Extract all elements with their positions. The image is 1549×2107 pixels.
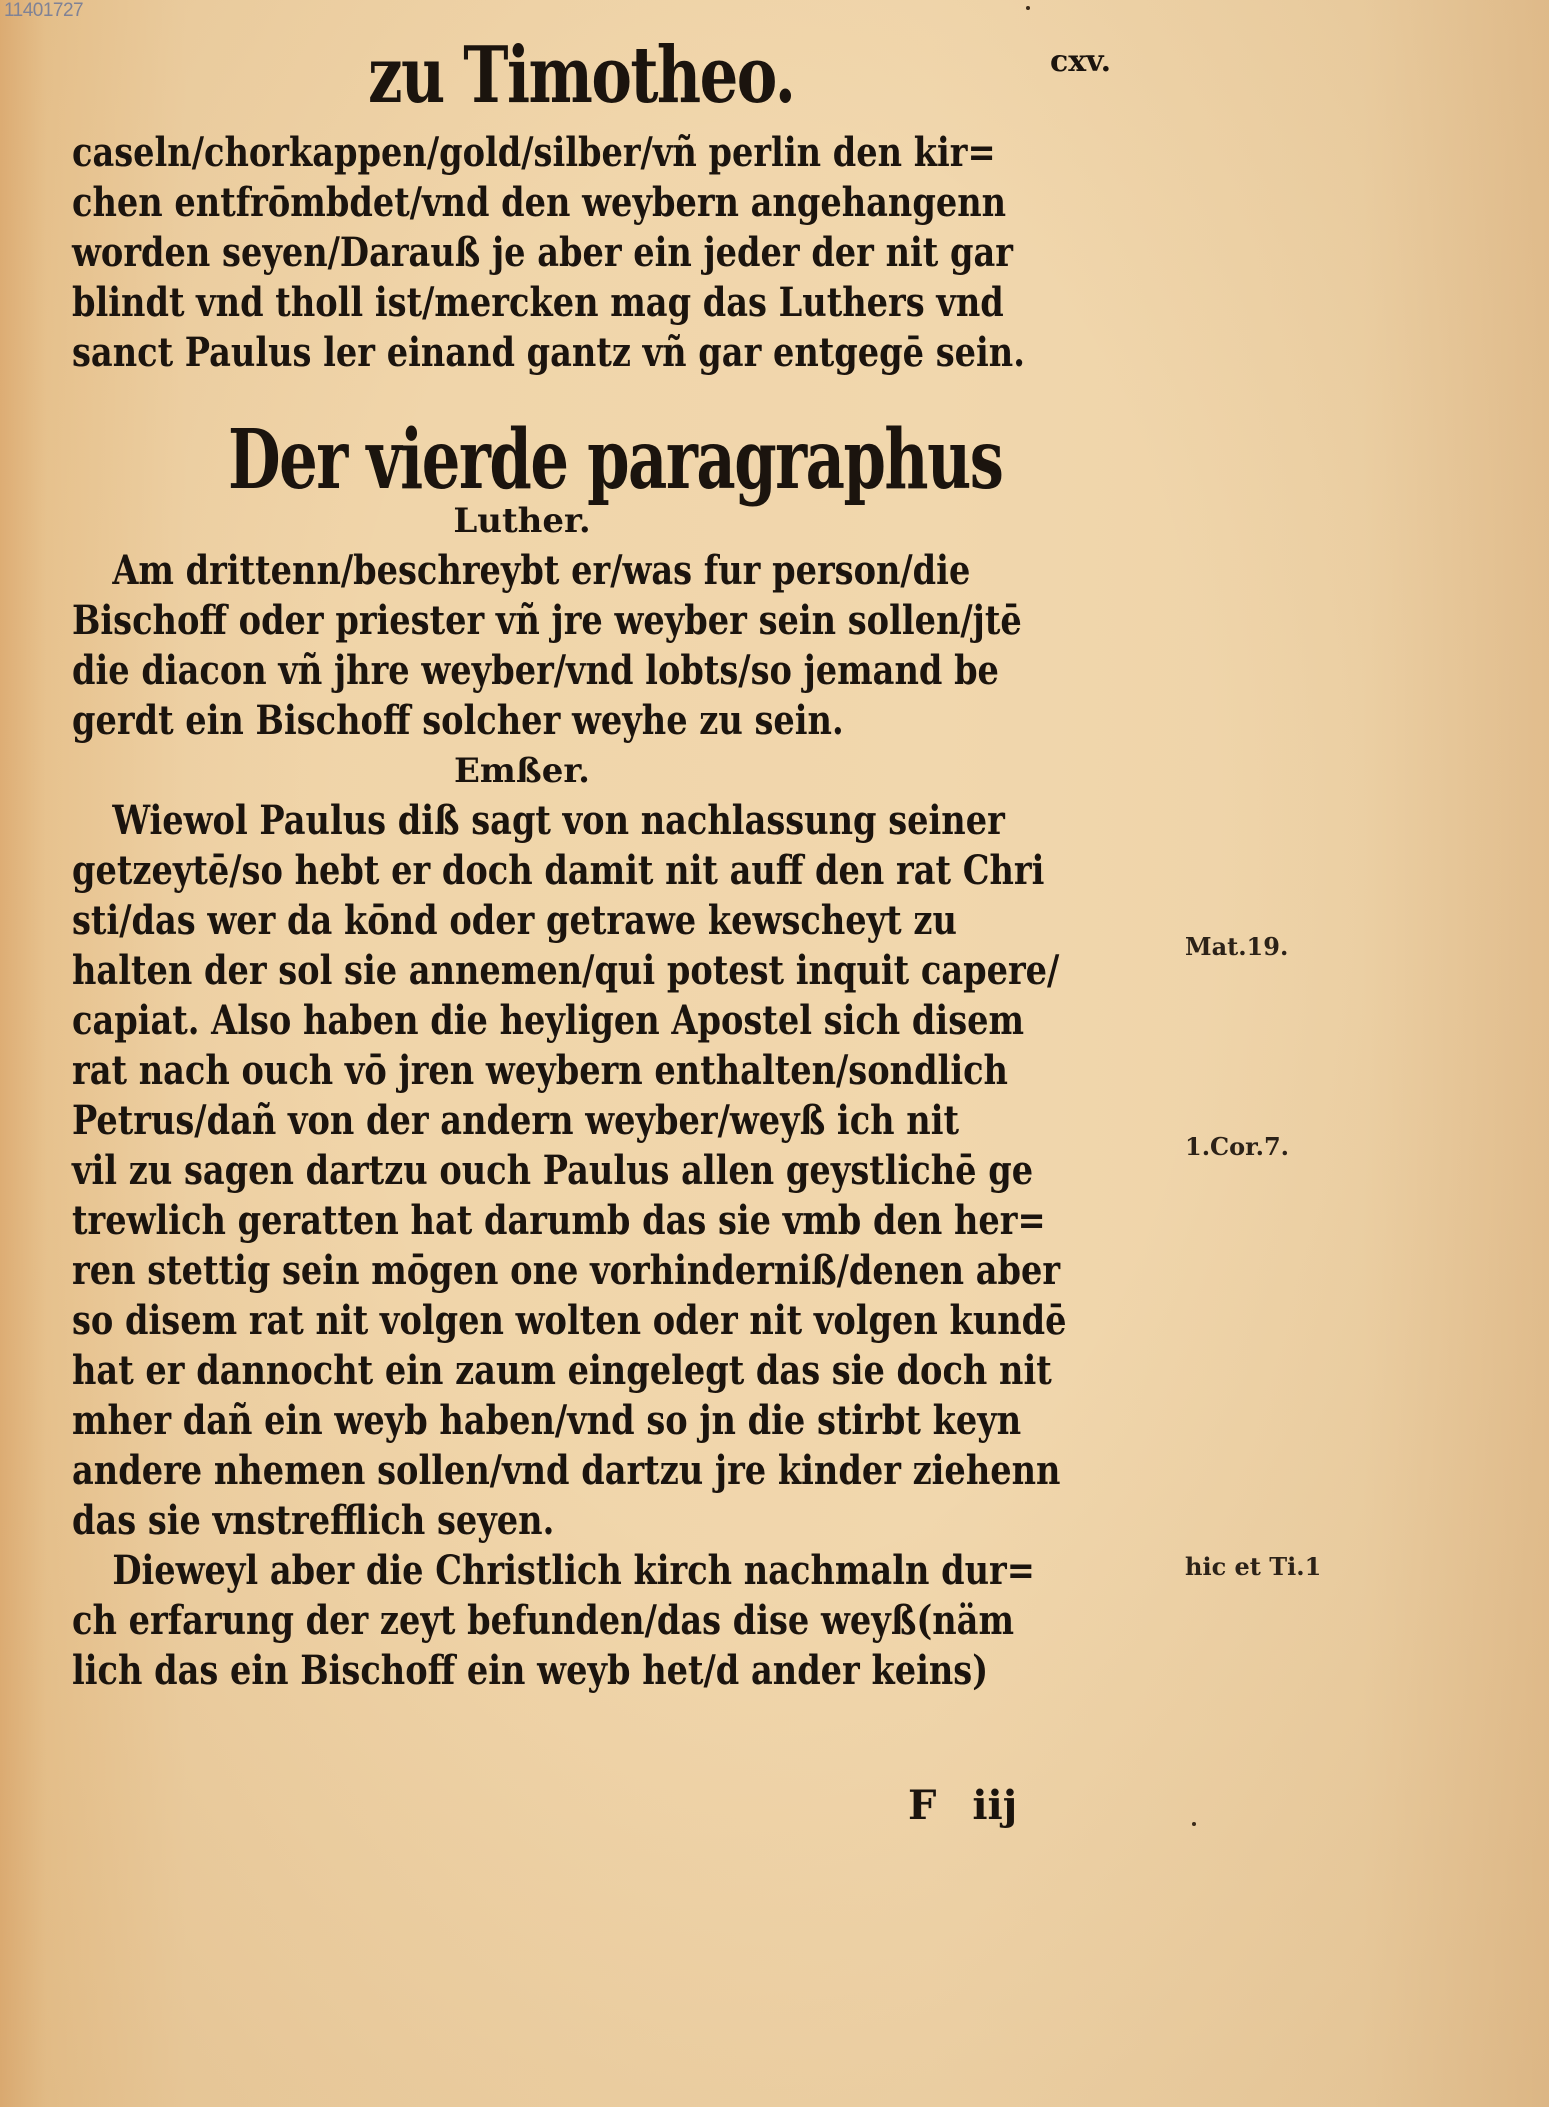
text-line: trewlich geratten hat darumb das sie vmb…: [72, 1196, 996, 1246]
text-line: caseln/chorkappen/gold/silber/vñ perlin …: [72, 128, 996, 178]
text-line: vil zu sagen dartzu ouch Paulus allen ge…: [72, 1146, 996, 1196]
text-line: gerdt ein Bischoff solcher weyhe zu sein…: [72, 696, 996, 746]
text-line: die diacon vñ jhre weyber/vnd lobts/so j…: [72, 646, 996, 696]
margin-note-corinthians: 1.Cor.7.: [1185, 1132, 1289, 1161]
text-line: andere nhemen sollen/vnd dartzu jre kind…: [72, 1446, 996, 1496]
text-line: sanct Paulus ler einand gantz vñ gar ent…: [72, 328, 996, 378]
text-line: ren stettig sein mōgen one vorhinderniß/…: [72, 1246, 996, 1296]
margin-note-timothy: hic et Ti.1: [1185, 1552, 1321, 1581]
text-line: mher dañ ein weyb haben/vnd so jn die st…: [72, 1396, 996, 1446]
folio-number: cxv.: [1050, 44, 1111, 79]
text-line: Dieweyl aber die Christlich kirch nachma…: [72, 1546, 996, 1596]
signature-mark: F iij: [908, 1782, 1017, 1829]
text-line: so disem rat nit volgen wolten oder nit …: [72, 1296, 996, 1346]
text-line: Wiewol Paulus diß sagt von nachlassung s…: [72, 796, 996, 846]
text-line: blindt vnd tholl ist/mercken mag das Lut…: [72, 278, 996, 328]
text-line: worden seyen/Darauß je aber ein jeder de…: [72, 228, 996, 278]
text-line: lich das ein Bischoff ein weyb het/d and…: [72, 1646, 996, 1696]
catalog-id: 11401727: [4, 0, 83, 22]
text-line: halten der sol sie annemen/qui potest in…: [72, 946, 996, 996]
text-line: ch erfarung der zeyt befunden/das dise w…: [72, 1596, 996, 1646]
page-body: caseln/chorkappen/gold/silber/vñ perlin …: [72, 128, 1172, 1696]
running-head: zu Timotheo.: [368, 30, 794, 121]
text-line: Bischoff oder priester vñ jre weyber sei…: [72, 596, 996, 646]
text-line: sti/das wer da kōnd oder getrawe kewsche…: [72, 896, 996, 946]
speaker-emser: Emßer.: [72, 746, 972, 796]
ink-speck: [1026, 6, 1030, 10]
text-line: capiat. Also haben die heyligen Apostel …: [72, 996, 996, 1046]
text-line: chen entfrōmbdet/vnd den weybern angehan…: [72, 178, 996, 228]
text-line: getzeytē/so hebt er doch damit nit auff …: [72, 846, 996, 896]
text-line: Am drittenn/beschreybt er/was fur person…: [72, 546, 996, 596]
ink-speck: [1192, 1822, 1196, 1826]
text-line: das sie vnstrefflich seyen.: [72, 1496, 996, 1546]
text-line: Petrus/dañ von der andern weyber/weyß ic…: [72, 1096, 996, 1146]
text-line: rat nach ouch vō jren weybern enthalten/…: [72, 1046, 996, 1096]
section-heading: Der vierde paragraphus: [228, 412, 1002, 508]
margin-note-matthew: Mat.19.: [1185, 932, 1288, 961]
text-line: hat er dannocht ein zaum eingelegt das s…: [72, 1346, 996, 1396]
